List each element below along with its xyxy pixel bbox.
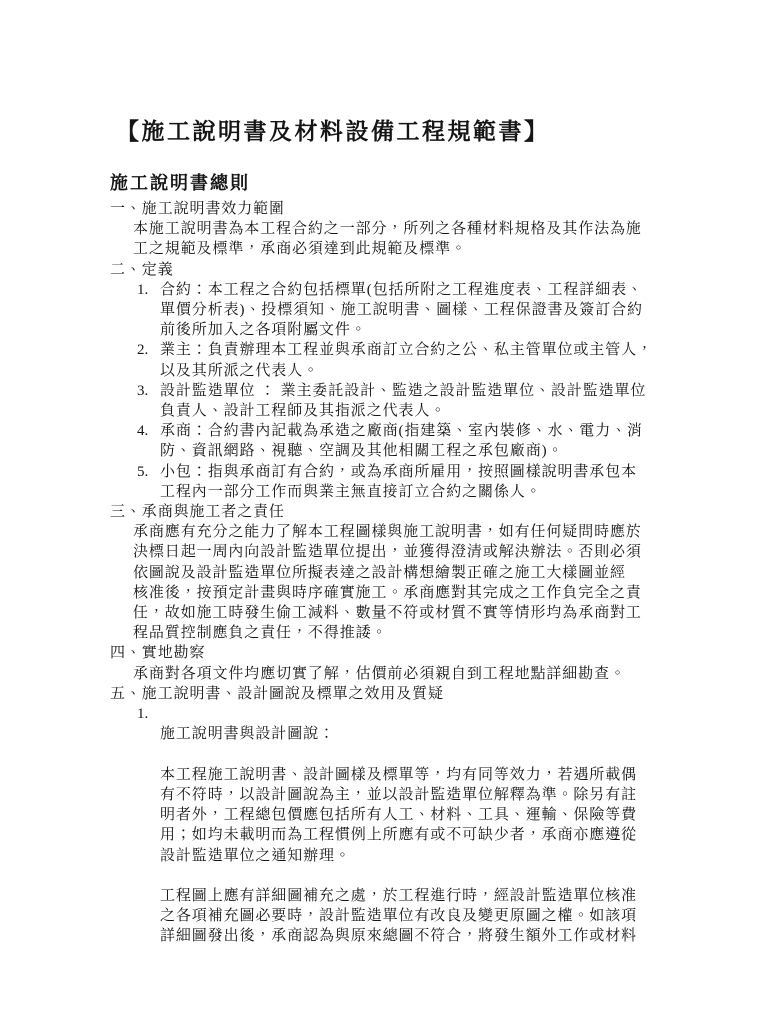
list-item-text: 合約：本工程之合約包括標單(包括所附之工程進度表、工程詳細表、 單價分析表)、投… — [160, 280, 660, 341]
clause-4-heading: 四、實地勘察 — [110, 643, 660, 663]
clause-4-paragraph: 承商對各項文件均應切實了解，估價前必須親自到工程地點詳細勘查。 — [133, 664, 660, 684]
clause-5-item-1-subheading: 施工說明書與設計圖說： — [160, 724, 660, 744]
list-item-text: 承商：合約書內記載為承造之廠商(指建築、室內裝修、水、電力、消 防、資訊網路、視… — [160, 421, 660, 461]
list-item-number: 5. — [137, 462, 160, 502]
clause-5-list: 1. 施工說明書與設計圖說： 本工程施工說明書、設計圖樣及標單等，均有同等效力，… — [137, 704, 660, 967]
definition-item: 5. 小包：指與承商訂有合約，或為承商所雇用，按照圖樣說明書承包本 工程內一部分… — [137, 462, 660, 502]
clause-5: 五、施工說明書、設計圖說及標單之效用及質疑 1. 施工說明書與設計圖說： 本工程… — [110, 684, 660, 967]
document-page: 【施工說明書及材料設備工程規範書】 施工說明書總則 一、施工說明書效力範圍 本施… — [0, 0, 768, 1024]
clause-1: 一、施工說明書效力範圍 本施工說明書為本工程合約之一部分，所列之各種材料規格及其… — [110, 199, 660, 260]
clause-4: 四、實地勘察 承商對各項文件均應切實了解，估價前必須親自到工程地點詳細勘查。 — [110, 643, 660, 683]
clause-5-item-1-paragraph-1: 本工程施工說明書、設計圖樣及標單等，均有同等效力，若遇所載偶 有不符時，以設計圖… — [160, 765, 660, 866]
clause-1-paragraph: 本施工說明書為本工程合約之一部分，所列之各種材料規格及其作法為施 工之規範及標準… — [133, 219, 660, 259]
clause-3: 三、承商與施工者之責任 承商應有充分之能力了解本工程圖樣與施工說明書，如有任何疑… — [110, 502, 660, 643]
definition-item: 2. 業主：負責辦理本工程並與承商訂立合約之公、私主管單位或主管人， 以及其所派… — [137, 340, 660, 380]
clause-5-heading: 五、施工說明書、設計圖說及標單之效用及質疑 — [110, 684, 660, 704]
definition-item: 3. 設計監造單位 ： 業主委託設計、監造之設計監造單位、設計監造單位 負責人、… — [137, 381, 660, 421]
clause-2: 二、定義 1. 合約：本工程之合約包括標單(包括所附之工程進度表、工程詳細表、 … — [110, 260, 660, 502]
clause-3-paragraph: 承商應有充分之能力了解本工程圖樣與施工說明書，如有任何疑問時應於 決標日起一周內… — [133, 522, 660, 643]
list-item-text: 設計監造單位 ： 業主委託設計、監造之設計監造單位、設計監造單位 負責人、設計工… — [160, 381, 660, 421]
document-title: 【施工說明書及材料設備工程規範書】 — [116, 116, 660, 148]
clause-2-heading: 二、定義 — [110, 260, 660, 280]
list-item-number: 4. — [137, 421, 160, 461]
list-item-number: 2. — [137, 340, 160, 380]
clause-5-item-1-content: 施工說明書與設計圖說： 本工程施工說明書、設計圖樣及標單等，均有同等效力，若遇所… — [160, 704, 660, 967]
list-item-text: 小包：指與承商訂有合約，或為承商所雇用，按照圖樣說明書承包本 工程內一部分工作而… — [160, 462, 660, 502]
list-item-number: 1. — [137, 704, 160, 967]
definition-item: 1. 合約：本工程之合約包括標單(包括所附之工程進度表、工程詳細表、 單價分析表… — [137, 280, 660, 341]
list-item-number: 1. — [137, 280, 160, 341]
definition-item: 4. 承商：合約書內記載為承造之廠商(指建築、室內裝修、水、電力、消 防、資訊網… — [137, 421, 660, 461]
clause-1-heading: 一、施工說明書效力範圍 — [110, 199, 660, 219]
list-item-text: 業主：負責辦理本工程並與承商訂立合約之公、私主管單位或主管人， 以及其所派之代表… — [160, 340, 660, 380]
clause-5-item-1-paragraph-2: 工程圖上應有詳細圖補充之處，於工程進行時，經設計監造單位核准 之各項補充圖必要時… — [160, 886, 660, 947]
clause-3-heading: 三、承商與施工者之責任 — [110, 502, 660, 522]
list-item-number: 3. — [137, 381, 160, 421]
definitions-list: 1. 合約：本工程之合約包括標單(包括所附之工程進度表、工程詳細表、 單價分析表… — [137, 280, 660, 502]
clause-5-item-1: 1. 施工說明書與設計圖說： 本工程施工說明書、設計圖樣及標單等，均有同等效力，… — [137, 704, 660, 967]
section-heading-general-rules: 施工說明書總則 — [110, 172, 660, 195]
